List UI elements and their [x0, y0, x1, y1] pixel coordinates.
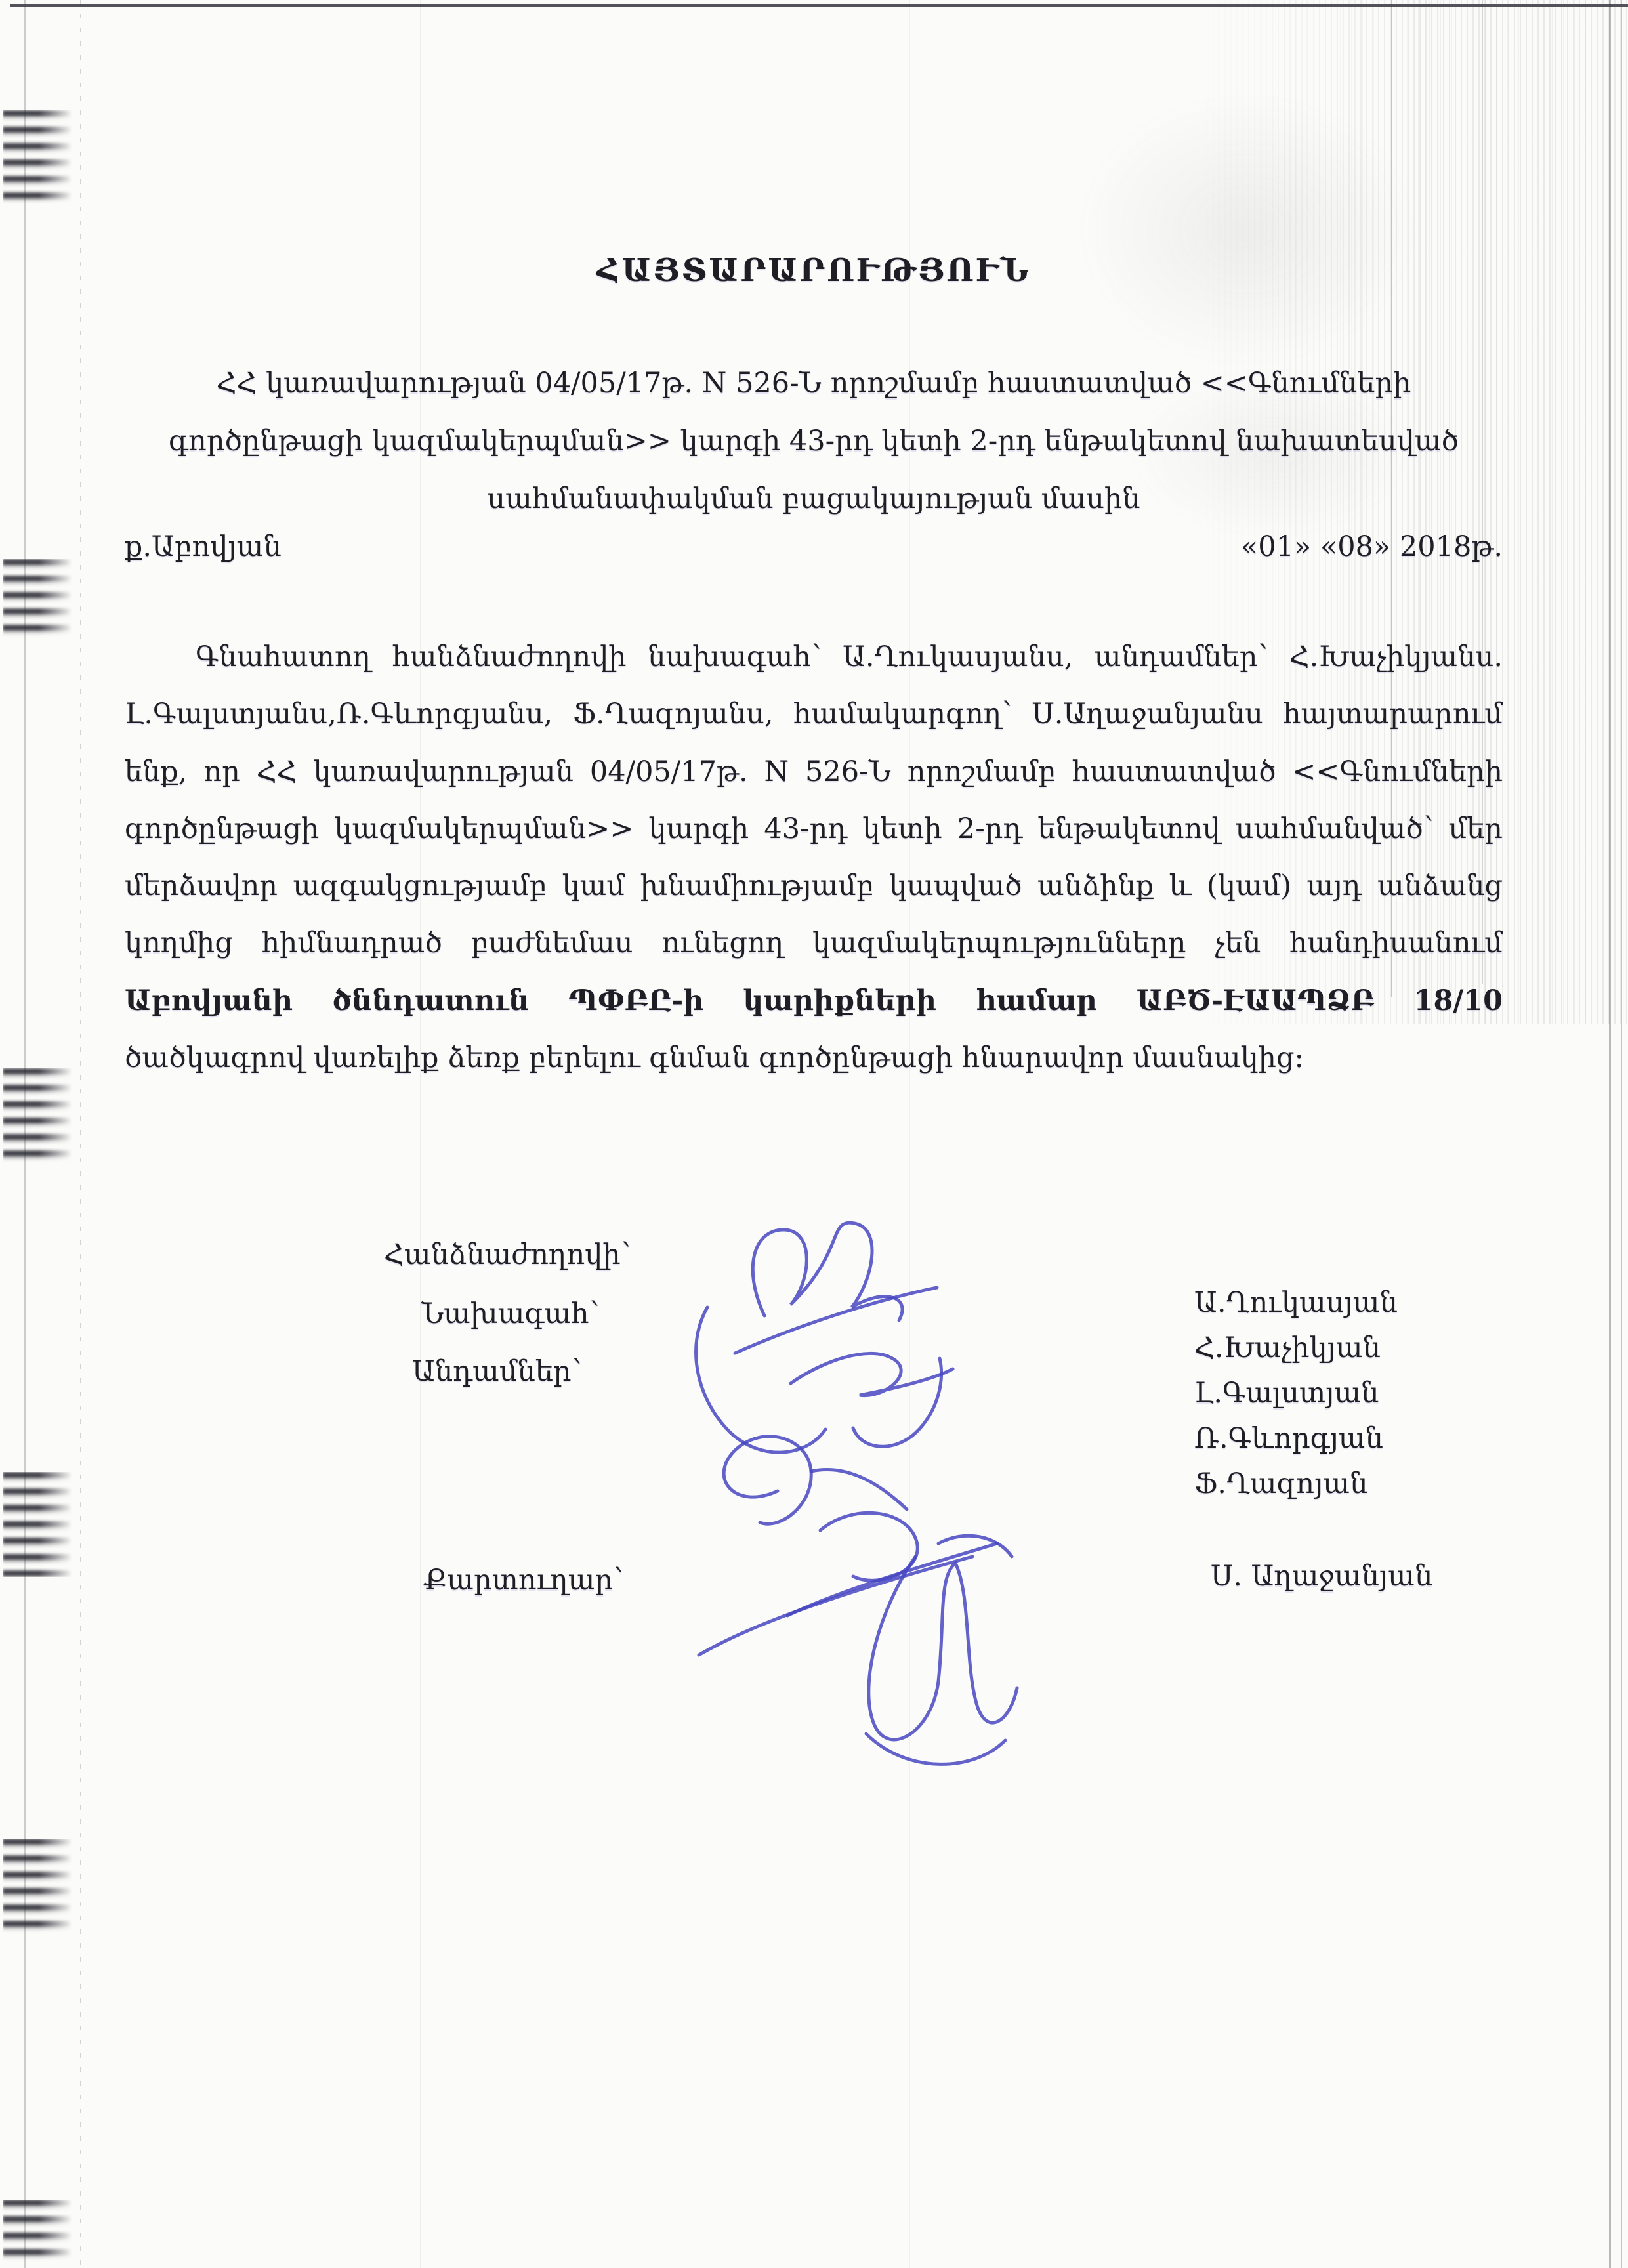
member-name: Լ.Գալստյան [1194, 1371, 1398, 1416]
committee-label: Հանձնաժողովի՝ [384, 1238, 631, 1271]
scan-smudge [3, 110, 72, 203]
body-text: ծածկագրով վառելիք ձեռք բերելու գնման գոր… [125, 1041, 1304, 1074]
member-name: Ռ.Գևորգյան [1194, 1416, 1398, 1461]
page-title: ՀԱՅՏԱՐԱՐՈՒԹՅՈՒՆ [125, 252, 1503, 289]
scan-left-edge-line [80, 0, 81, 2268]
member-names-list: Ա.Ղուկասյան Հ.Խաչիկյան Լ.Գալստյան Ռ.Գևոր… [1194, 1280, 1398, 1507]
secretary-name: Ս. Աղաջանյան [1211, 1560, 1432, 1593]
secretary-label: Քարտուղար՝ [423, 1564, 623, 1597]
subject-paragraph: ՀՀ կառավարության 04/05/17թ. N 526-Ն որոշ… [125, 354, 1503, 528]
scan-streak [1621, 0, 1622, 2268]
scan-streak [1609, 0, 1611, 2268]
member-name: Ա.Ղուկասյան [1194, 1280, 1398, 1326]
members-label: Անդամներ՝ [412, 1355, 581, 1388]
scan-smudge [3, 559, 72, 637]
scanned-document-page: ՀԱՅՏԱՐԱՐՈՒԹՅՈՒՆ ՀՀ կառավարության 04/05/1… [0, 0, 1628, 2268]
member-name: Հ.Խաչիկյան [1194, 1326, 1398, 1371]
body-bold-procurement-code: Աբովյանի ծննդատուն ՊՓԲԸ-ի կարիքների համա… [125, 984, 1503, 1017]
signature-block: Հանձնաժողովի՝ Նախագահ՝ Անդամներ՝ Ա.Ղուկա… [125, 1224, 1503, 1880]
scan-smudge [3, 1068, 72, 1167]
scan-smudge [3, 2200, 72, 2263]
body-paragraph: Գնահատող հանձնաժողովի նախագահ՝ Ա.Ղուկասյ… [125, 629, 1503, 1087]
date-label: «01» «08» 2018թ. [1241, 530, 1503, 563]
place-label: ք.Աբովյան [125, 530, 282, 563]
member-name: Ֆ.Ղազոյան [1194, 1461, 1398, 1507]
body-text: Գնահատող հանձնաժողովի նախագահ՝ Ա.Ղուկասյ… [125, 640, 1503, 959]
document-content: ՀԱՅՏԱՐԱՐՈՒԹՅՈՒՆ ՀՀ կառավարության 04/05/1… [125, 0, 1503, 2268]
place-date-row: ք.Աբովյան «01» «08» 2018թ. [125, 530, 1503, 563]
scan-smudge [3, 1472, 72, 1577]
chairman-label: Նախագահ՝ [421, 1297, 599, 1330]
scan-smudge [3, 1839, 72, 1937]
